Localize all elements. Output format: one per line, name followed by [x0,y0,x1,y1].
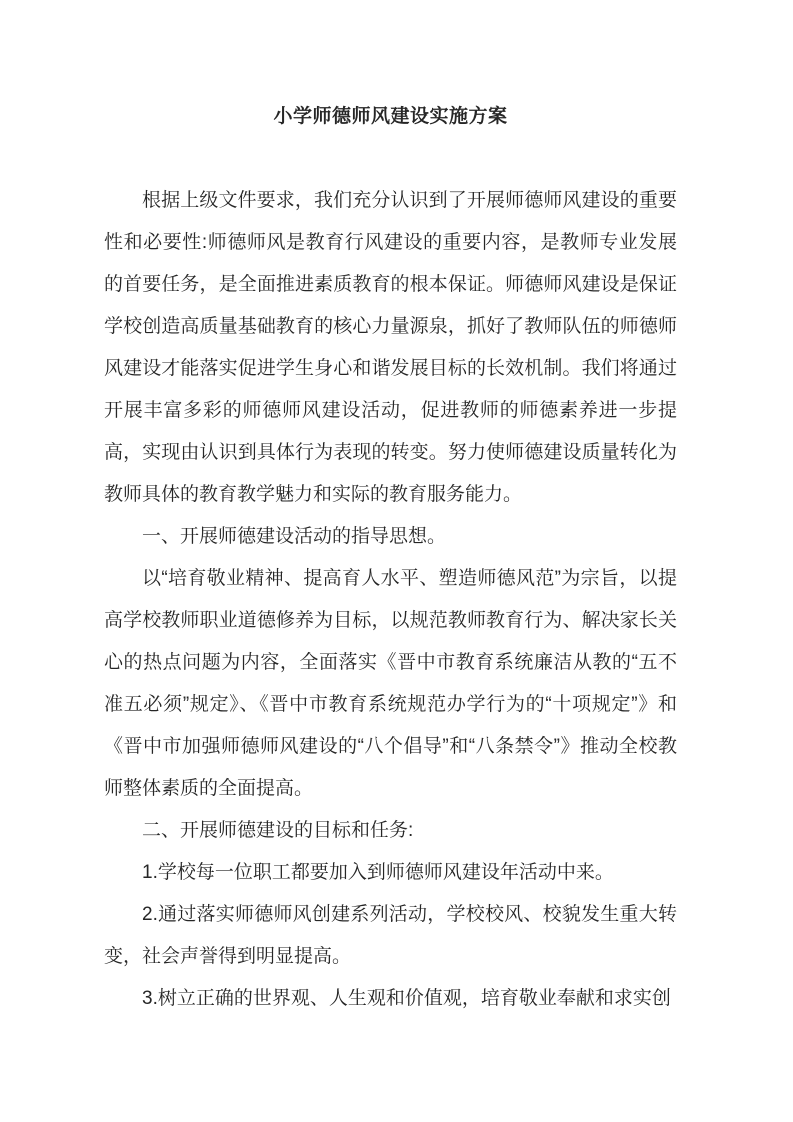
heading-section-2: 二、开展师德建设的目标和任务: [104,810,677,852]
paragraph-task-1: 1.学校每一位职工都要加入到师德师风建设年活动中来。 [104,852,677,894]
paragraph-task-3-truncated: 3.树立正确的世界观、人生观和价值观，培育敬业奉献和求实创 [104,978,677,1020]
page-title: 小学师德师风建设实施方案 [104,96,677,138]
heading-section-1: 一、开展师德建设活动的指导思想。 [104,516,677,558]
document-body: 根据上级文件要求，我们充分认识到了开展师德师风建设的重要性和必要性:师德师风是教… [104,180,677,1020]
paragraph-section-1-body: 以“培育敬业精神、提高育人水平、塑造师德风范”为宗旨，以提高学校教师职业道德修养… [104,558,677,810]
document-page: 小学师德师风建设实施方案 根据上级文件要求，我们充分认识到了开展师德师风建设的重… [0,0,793,1122]
paragraph-task-2: 2.通过落实师德师风创建系列活动，学校校风、校貌发生重大转变，社会声誉得到明显提… [104,894,677,978]
paragraph-intro: 根据上级文件要求，我们充分认识到了开展师德师风建设的重要性和必要性:师德师风是教… [104,180,677,516]
